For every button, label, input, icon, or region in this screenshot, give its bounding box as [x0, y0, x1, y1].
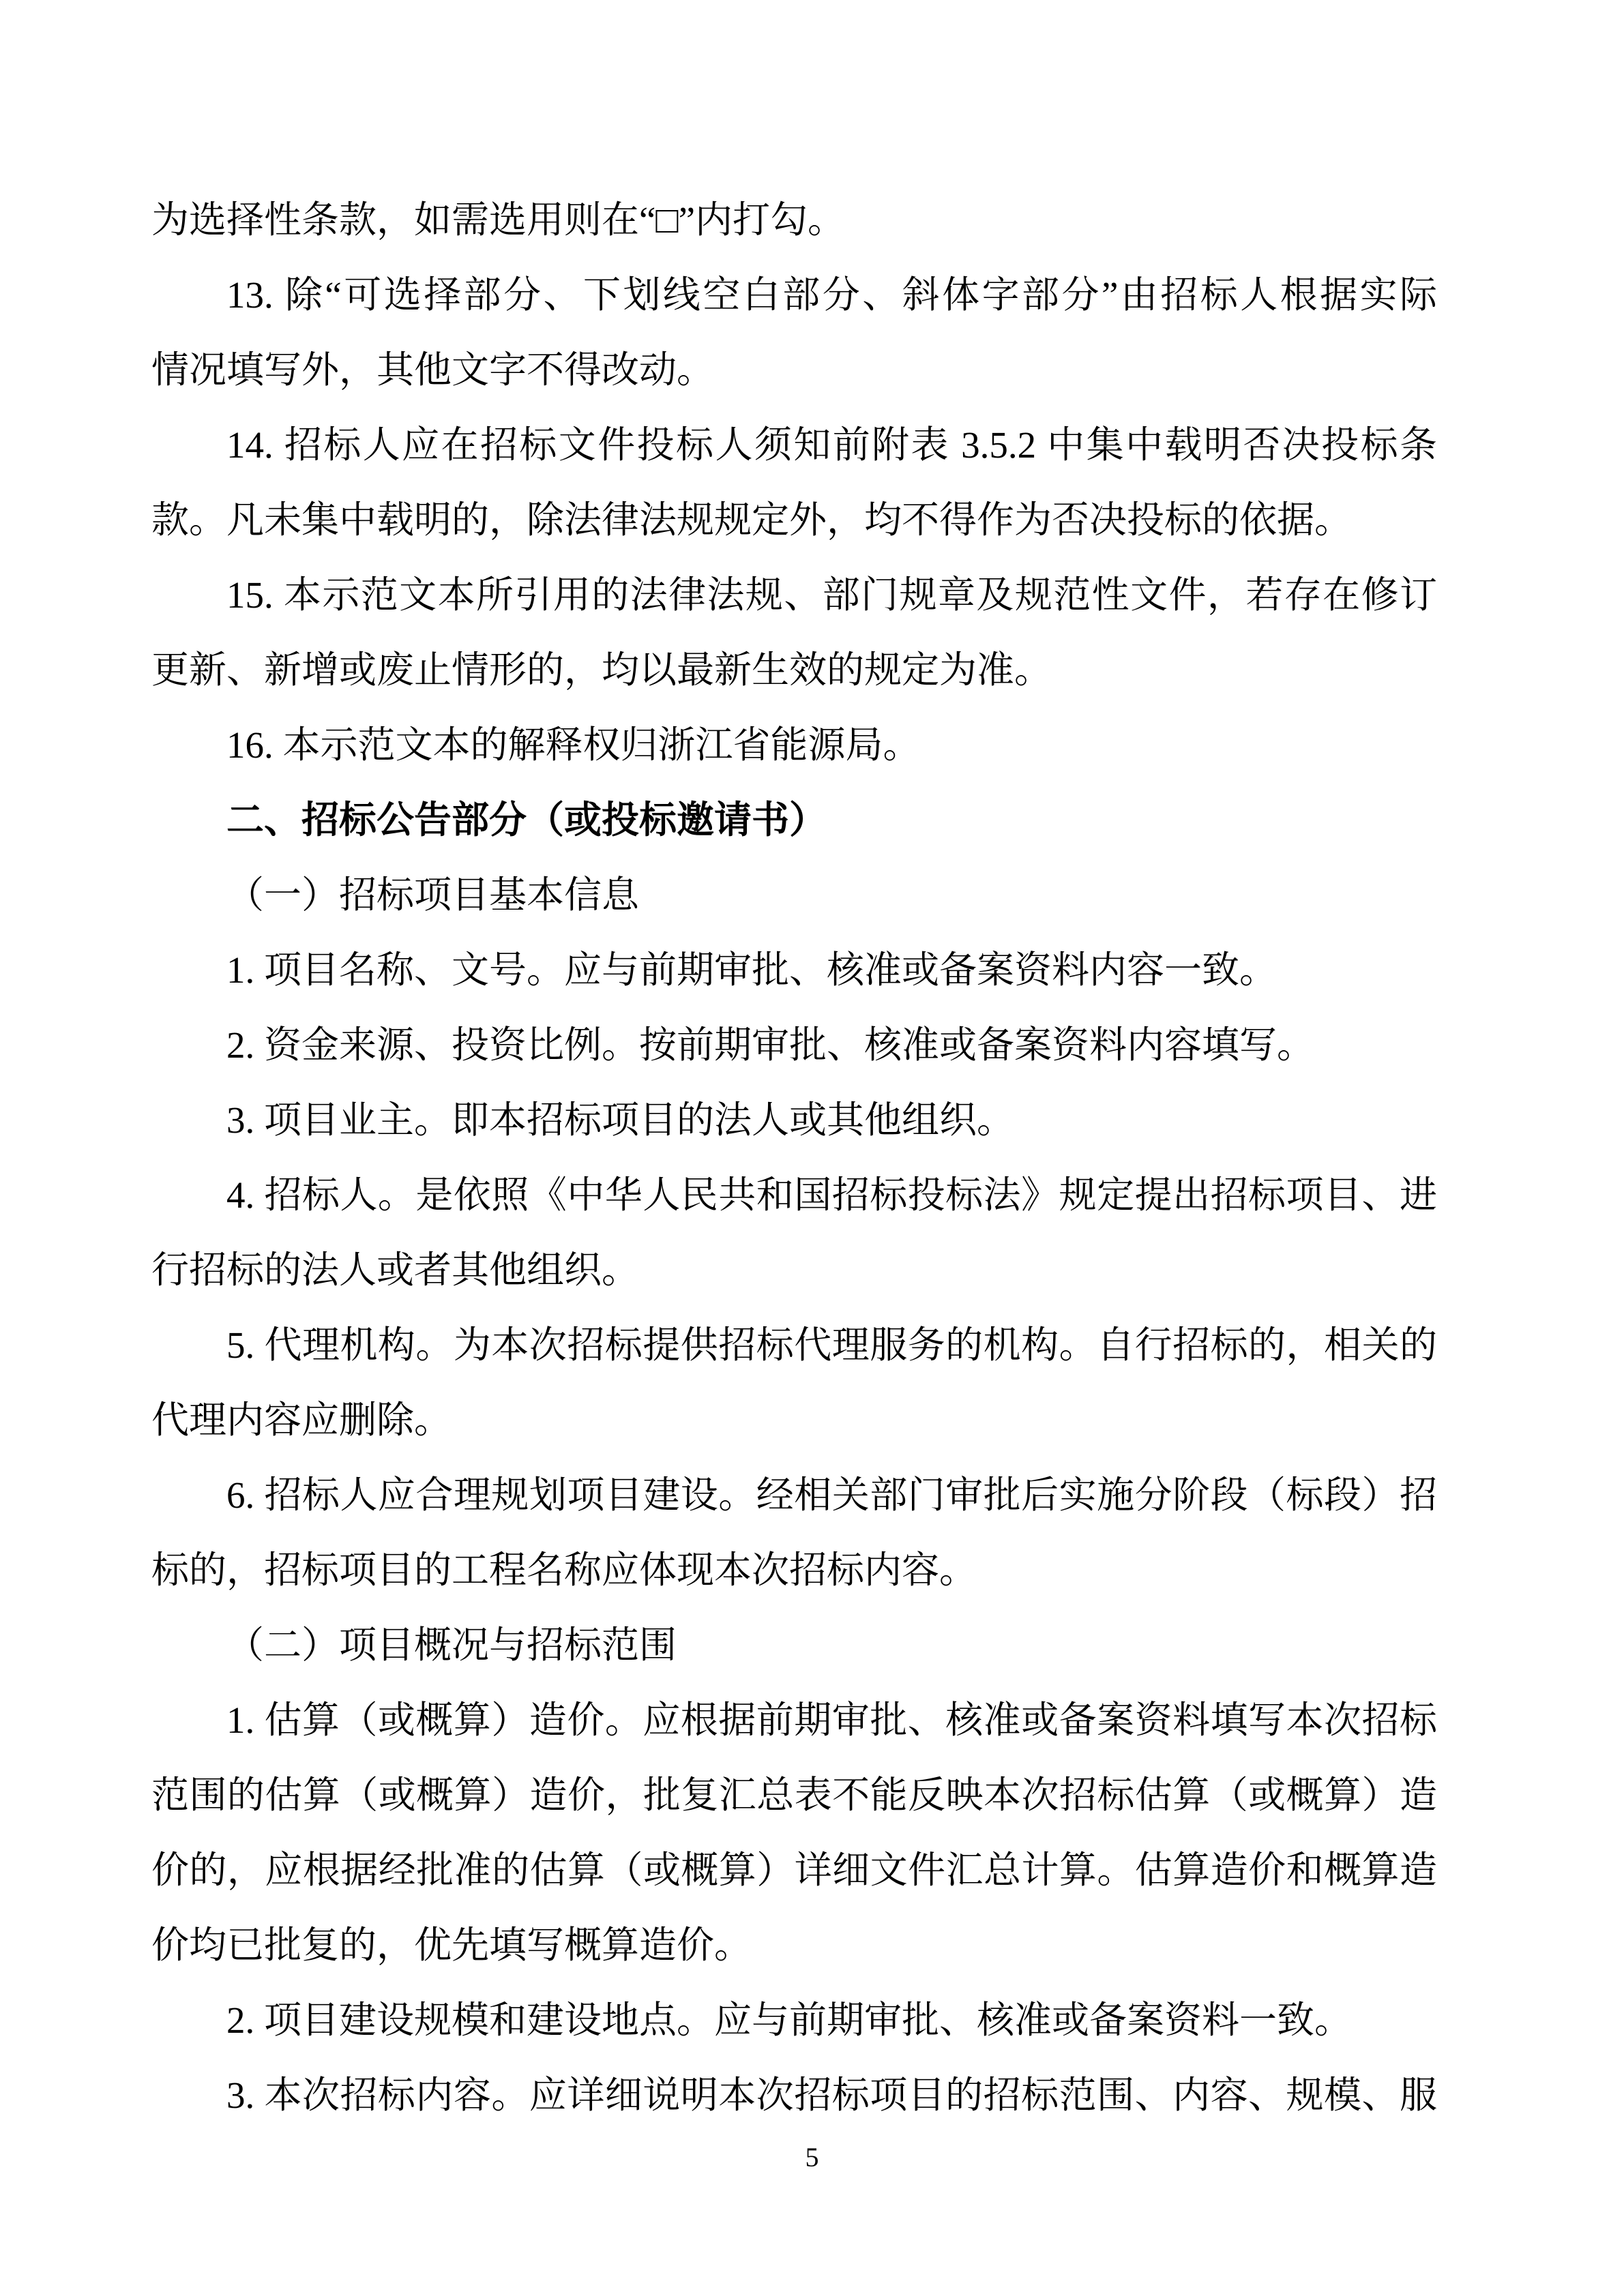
text-line: 2. 项目建设规模和建设地点。应与前期审批、核准或备案资料一致。 [151, 1983, 1437, 2058]
document-page: 为选择性条款，如需选用则在“□”内打勾。 13. 除“可选择部分、下划线空白部分… [0, 0, 1624, 2296]
text-line: 16. 本示范文本的解释权归浙江省能源局。 [151, 708, 1437, 783]
text-line: 行招标的法人或者其他组织。 [151, 1233, 1437, 1308]
text-line: 价均已批复的，优先填写概算造价。 [151, 1908, 1437, 1983]
text-line: 更新、新增或废止情形的，均以最新生效的规定为准。 [151, 633, 1437, 708]
text-line: 价的，应根据经批准的估算（或概算）详细文件汇总计算。估算造价和概算造 [151, 1833, 1437, 1908]
text-line: 情况填写外，其他文字不得改动。 [151, 333, 1437, 408]
text-line: 5. 代理机构。为本次招标提供招标代理服务的机构。自行招标的，相关的 [151, 1308, 1437, 1383]
document-body: 为选择性条款，如需选用则在“□”内打勾。 13. 除“可选择部分、下划线空白部分… [151, 183, 1437, 2133]
text-line: 范围的估算（或概算）造价，批复汇总表不能反映本次招标估算（或概算）造 [151, 1758, 1437, 1833]
text-line: 3. 本次招标内容。应详细说明本次招标项目的招标范围、内容、规模、服 [151, 2058, 1437, 2133]
text-line: 4. 招标人。是依照《中华人民共和国招标投标法》规定提出招标项目、进 [151, 1158, 1437, 1233]
subsection-heading: （一）招标项目基本信息 [151, 858, 1437, 933]
text-line: 标的，招标项目的工程名称应体现本次招标内容。 [151, 1533, 1437, 1608]
text-line: 1. 项目名称、文号。应与前期审批、核准或备案资料内容一致。 [151, 933, 1437, 1008]
page-number: 5 [0, 2141, 1624, 2174]
subsection-heading: （二）项目概况与招标范围 [151, 1608, 1437, 1683]
text-line: 款。凡未集中载明的，除法律法规规定外，均不得作为否决投标的依据。 [151, 483, 1437, 558]
text-line: 3. 项目业主。即本招标项目的法人或其他组织。 [151, 1083, 1437, 1158]
section-heading: 二、招标公告部分（或投标邀请书） [151, 783, 1437, 858]
text-line: 代理内容应删除。 [151, 1383, 1437, 1458]
text-line: 1. 估算（或概算）造价。应根据前期审批、核准或备案资料填写本次招标 [151, 1683, 1437, 1758]
text-line: 15. 本示范文本所引用的法律法规、部门规章及规范性文件，若存在修订 [151, 558, 1437, 633]
text-line: 6. 招标人应合理规划项目建设。经相关部门审批后实施分阶段（标段）招 [151, 1458, 1437, 1533]
text-line: 14. 招标人应在招标文件投标人须知前附表 3.5.2 中集中载明否决投标条 [151, 408, 1437, 483]
text-line: 为选择性条款，如需选用则在“□”内打勾。 [151, 183, 1437, 258]
text-line: 13. 除“可选择部分、下划线空白部分、斜体字部分”由招标人根据实际 [151, 258, 1437, 333]
text-line: 2. 资金来源、投资比例。按前期审批、核准或备案资料内容填写。 [151, 1008, 1437, 1083]
